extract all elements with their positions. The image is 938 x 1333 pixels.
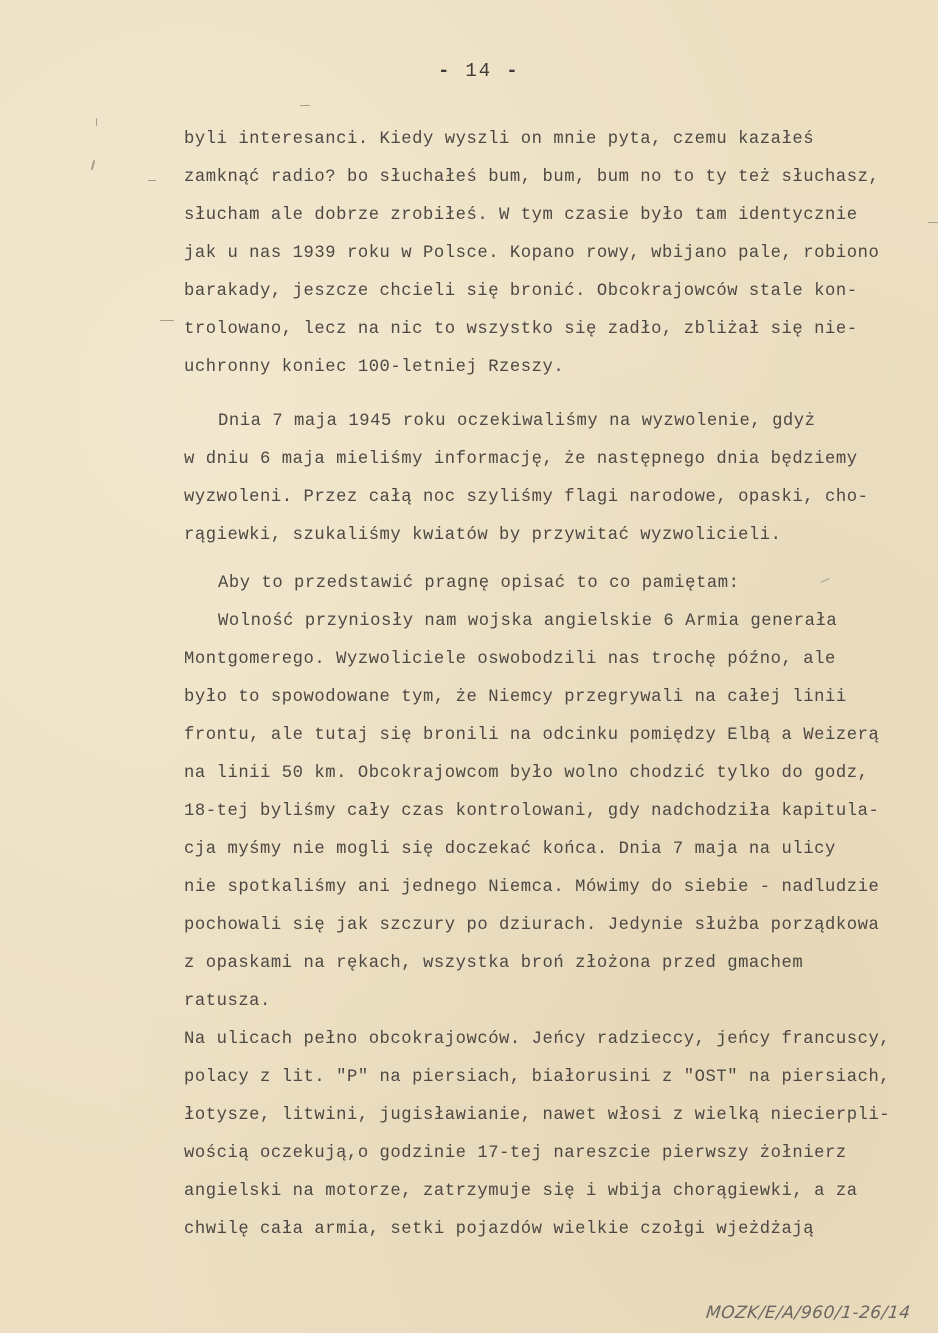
text-line: frontu, ale tutaj się bronili na odcinku… <box>184 726 879 746</box>
margin-mark <box>96 118 97 126</box>
text-line: było to spowodowane tym, że Niemcy przeg… <box>184 688 847 708</box>
text-line: byli interesanci. Kiedy wyszli on mnie p… <box>184 130 814 150</box>
text-line: barakady, jeszcze chcieli się bronić. Ob… <box>184 282 858 302</box>
text-line: trolowano, lecz na nic to wszystko się z… <box>184 320 858 340</box>
text-line: rągiewki, szukaliśmy kwiatów by przywita… <box>184 526 782 546</box>
page-number-left-dash: - <box>438 60 451 82</box>
page-number-right-dash: - <box>506 60 519 82</box>
margin-mark <box>91 160 96 170</box>
text-line: zamknąć radio? bo słuchałeś bum, bum, bu… <box>184 168 879 188</box>
text-line: angielski na motorze, zatrzymuje się i w… <box>184 1182 858 1202</box>
text-line: na linii 50 km. Obcokrajowcom było wolno… <box>184 764 868 784</box>
text-line: Aby to przedstawić pragnę opisać to co p… <box>218 574 739 594</box>
text-line: wością oczekują,o godzinie 17-tej naresz… <box>184 1144 847 1164</box>
text-line: Dnia 7 maja 1945 roku oczekiwaliśmy na w… <box>218 412 816 432</box>
text-line: ratusza. <box>184 992 271 1012</box>
margin-mark <box>928 222 938 223</box>
text-line: Na ulicach pełno obcokrajowców. Jeńcy ra… <box>184 1030 890 1050</box>
scanned-document-page: -14- byli interesanci. Kiedy wyszli on m… <box>0 0 938 1333</box>
page-number: -14- <box>424 60 534 82</box>
text-line: w dniu 6 maja mieliśmy informację, że na… <box>184 450 858 470</box>
text-line: wyzwoleni. Przez całą noc szyliśmy flagi… <box>184 488 868 508</box>
text-line: Wolność przyniosły nam wojska angielskie… <box>218 612 837 632</box>
text-line: chwilę cała armia, setki pojazdów wielki… <box>184 1220 814 1240</box>
text-line: łotysze, litwini, jugisławianie, nawet w… <box>184 1106 890 1126</box>
text-line: nie spotkaliśmy ani jednego Niemca. Mówi… <box>184 878 879 898</box>
text-line: słucham ale dobrze zrobiłeś. W tym czasi… <box>184 206 858 226</box>
text-line: 18-tej byliśmy cały czas kontrolowani, g… <box>184 802 879 822</box>
text-line: z opaskami na rękach, wszystka broń złoż… <box>184 954 803 974</box>
text-line: cja myśmy nie mogli się doczekać końca. … <box>184 840 836 860</box>
margin-mark <box>148 180 156 181</box>
text-line: polacy z lit. "P" na piersiach, białorus… <box>184 1068 890 1088</box>
text-line: uchronny koniec 100-letniej Rzeszy. <box>184 358 564 378</box>
margin-mark <box>160 320 174 321</box>
margin-mark <box>820 578 829 583</box>
text-line: pochowali się jak szczury po dziurach. J… <box>184 916 879 936</box>
margin-mark <box>300 105 310 106</box>
text-line: Montgomerego. Wyzwoliciele oswobodzili n… <box>184 650 836 670</box>
page-number-value: 14 <box>465 60 492 82</box>
archive-signature: MOZK/E/A/960/1-26/14 <box>705 1303 912 1323</box>
text-line: jak u nas 1939 roku w Polsce. Kopano row… <box>184 244 879 264</box>
